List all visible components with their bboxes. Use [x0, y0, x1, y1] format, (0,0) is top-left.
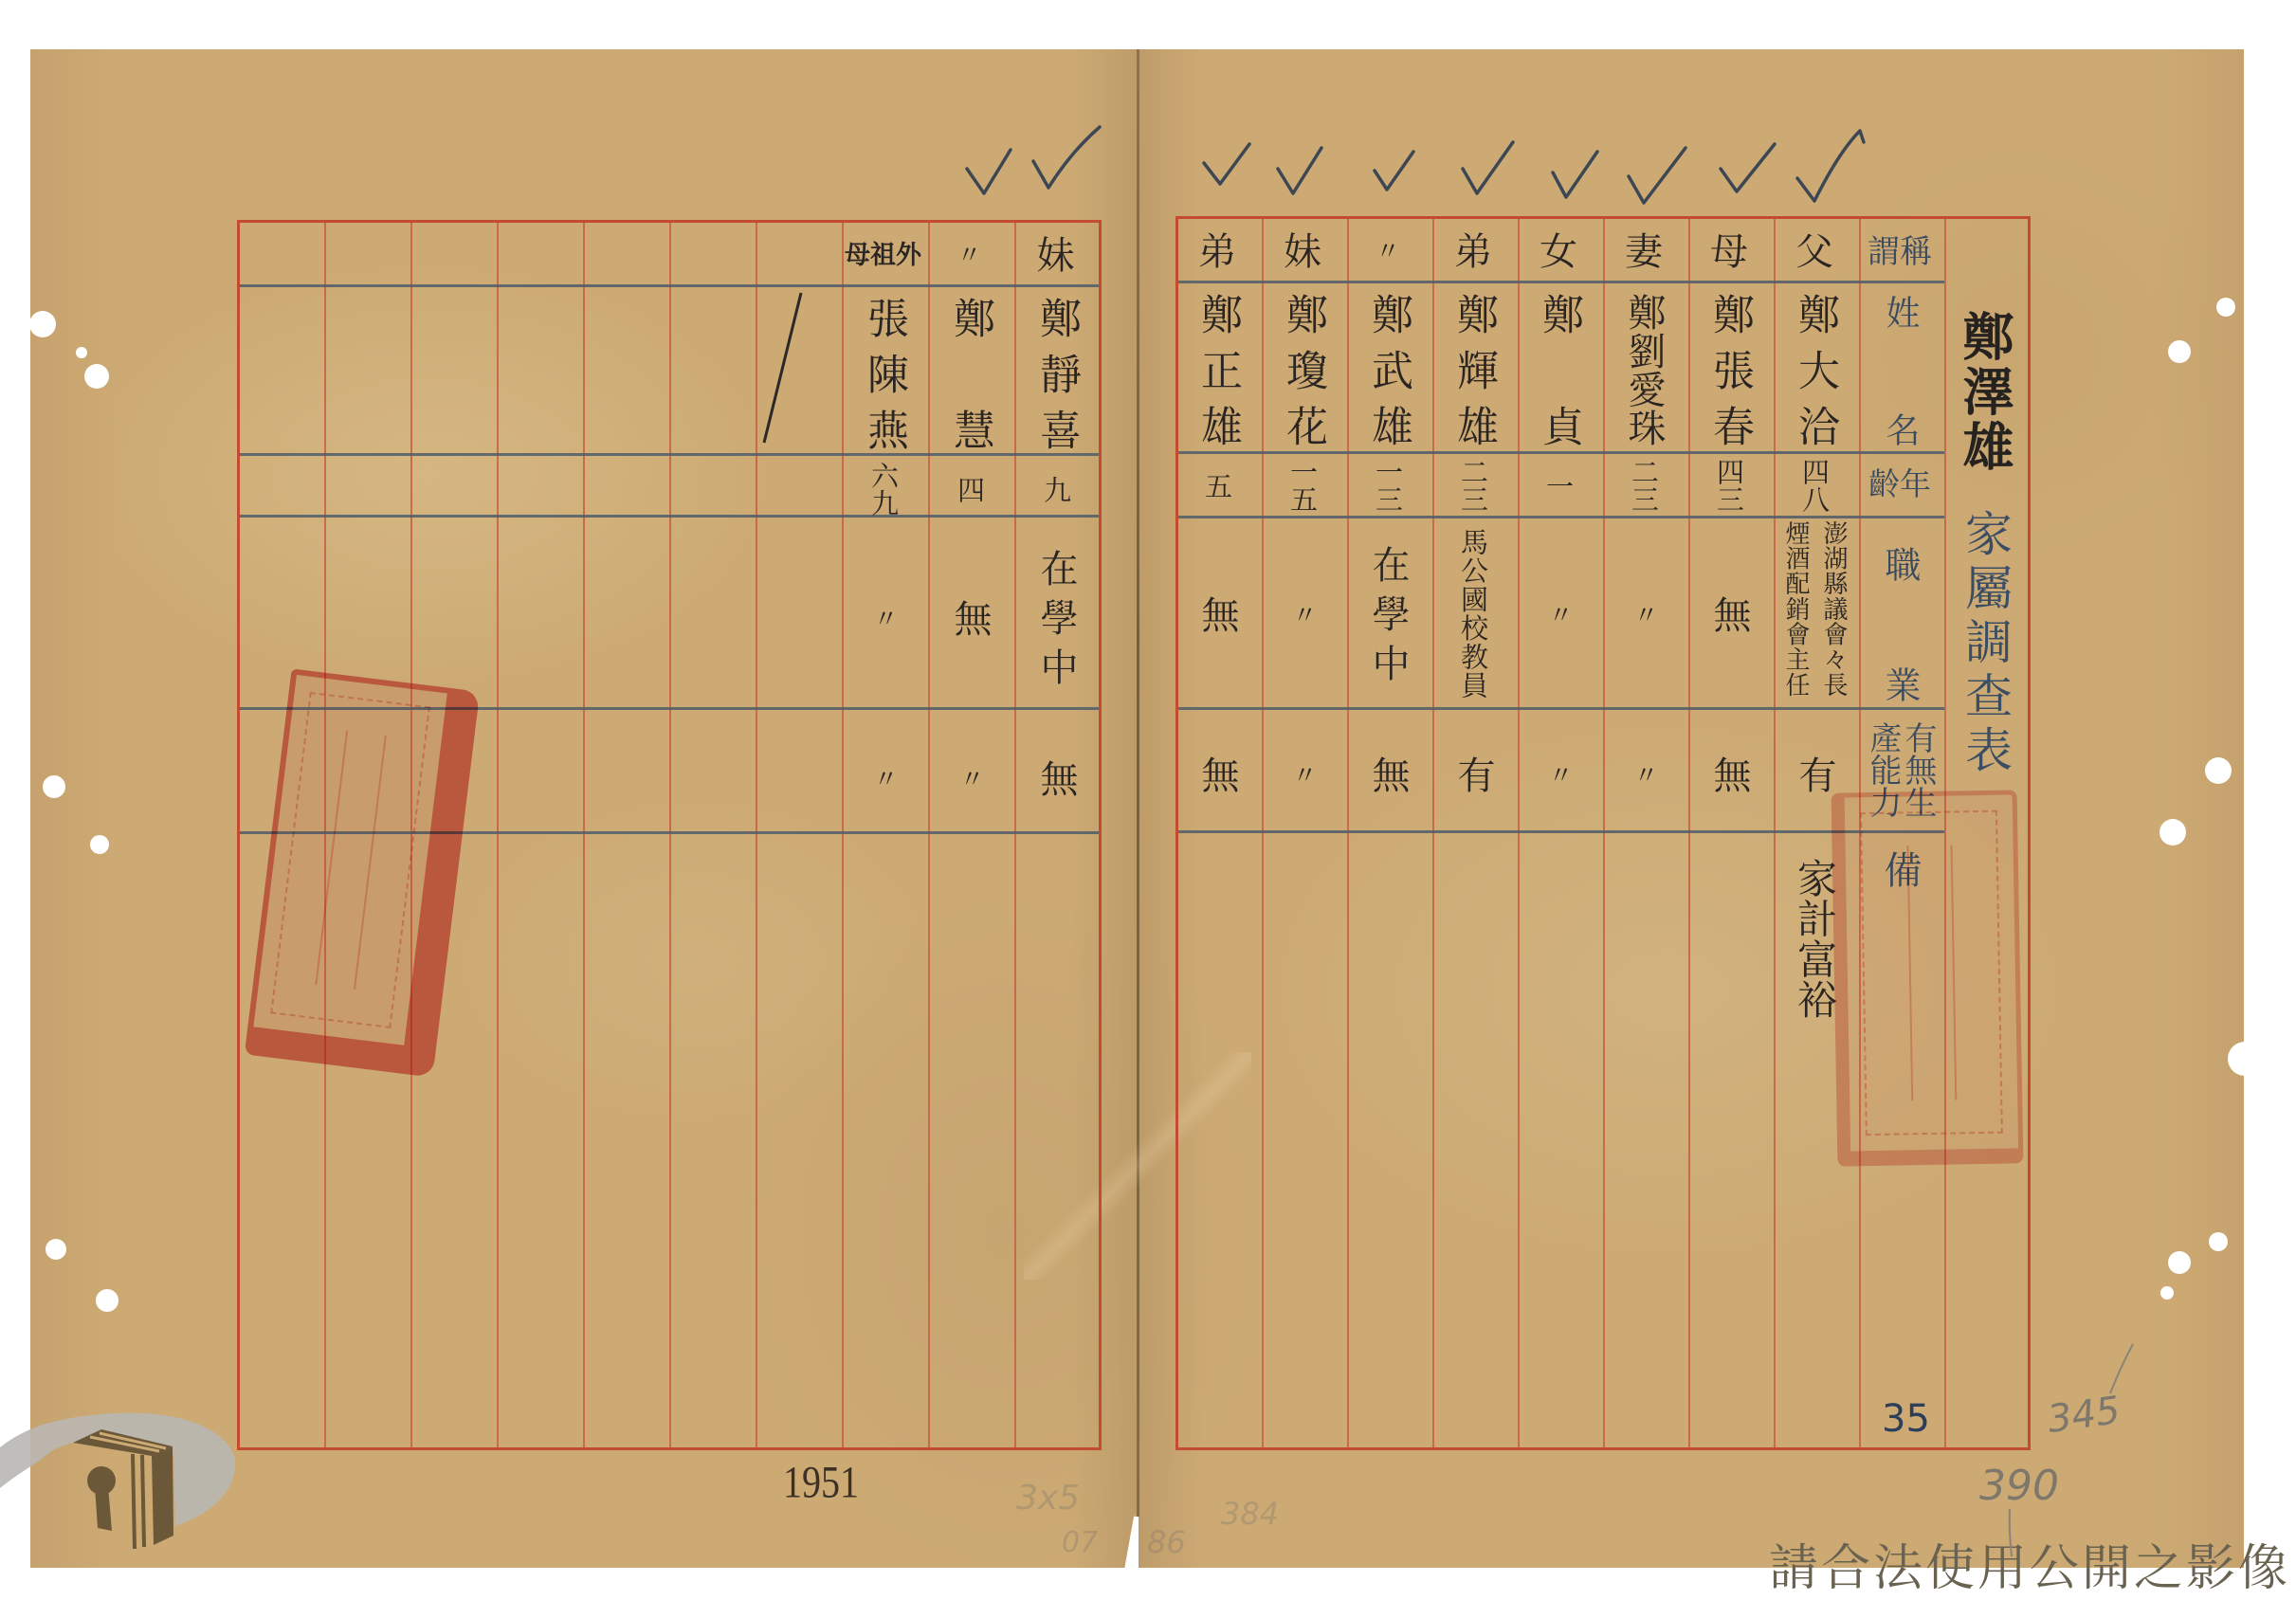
relation-cell: 父: [1772, 225, 1857, 280]
header-relation: 稱謂: [1857, 225, 1942, 280]
relation-cell: 妹: [1260, 225, 1345, 280]
pencil-mark: 86: [1147, 1524, 1186, 1560]
occupation-cell: 在學中: [1012, 528, 1099, 708]
name-cell: 鄭大洽: [1772, 293, 1857, 446]
member-column-younger-sister: 妹 鄭靜喜 九 在學中 無: [1012, 223, 1099, 1447]
header-occupation: 職業: [1857, 546, 1942, 702]
relation-cell: 女: [1516, 225, 1601, 280]
productive-ability-cell: 〃: [926, 723, 1012, 833]
seal-glyphs: [1860, 810, 2003, 1136]
productive-ability-cell: 無: [1012, 723, 1099, 833]
header-name: 姓名: [1857, 295, 1942, 446]
member-column-younger-sister: 妹 鄭瓊花 一五 〃 〃: [1260, 219, 1345, 1447]
age-cell: 一三: [1345, 456, 1430, 515]
punch-hole: [46, 1239, 66, 1260]
occupation-cell: 無: [926, 528, 1012, 708]
member-column-younger-brother: 弟 鄭輝雄 二三 馬公國校教員 有: [1430, 219, 1516, 1447]
punch-hole: [76, 347, 87, 358]
occupation-cell: 無: [1686, 524, 1772, 704]
subject-name: 鄭澤雄: [1942, 310, 2028, 490]
seal-glyphs: [270, 692, 430, 1028]
occupation-cell: 〃: [1516, 524, 1601, 704]
age-cell: 一: [1516, 456, 1601, 515]
occupation-cell: 〃: [840, 528, 926, 708]
member-column-daughter: 女 鄭貞 一 〃 〃: [1516, 219, 1601, 1447]
member-column-younger-brother-2: 〃 鄭武雄 一三 在學中 無: [1345, 219, 1430, 1447]
name-cell: 鄭輝雄: [1430, 293, 1516, 446]
archive-logo-icon: [0, 1384, 246, 1600]
usage-notice-watermark: 請合法使用公開之影像: [1769, 1528, 2290, 1599]
punch-hole: [2159, 819, 2186, 845]
productive-ability-cell: 〃: [1601, 719, 1686, 829]
name-cell: 鄭張春: [1686, 293, 1772, 446]
punch-hole: [2160, 1286, 2174, 1300]
punch-hole: [2168, 1251, 2191, 1274]
relation-cell: 〃: [926, 228, 1012, 283]
age-cell: 二三: [1430, 456, 1516, 515]
member-column-mother: 母 鄭張春 四三 無 無: [1686, 219, 1772, 1447]
member-column-maternal-grandmother: 外祖母 張陳燕 六九 〃 〃: [840, 223, 926, 1447]
form-title: 家屬調查表: [1942, 509, 2028, 793]
productive-ability-cell: 無: [1686, 719, 1772, 829]
name-cell: 鄭瓊花: [1260, 293, 1345, 446]
occupation-cell: 在學中: [1345, 524, 1430, 704]
pencil-mark: 07: [1062, 1526, 1098, 1559]
occupation-cell: 澎湖縣議會々長 煙酒配銷會主任: [1772, 520, 1857, 697]
age-cell: 四八: [1772, 456, 1857, 515]
relation-cell: 外祖母: [840, 228, 926, 283]
red-seal-stamp-right: [1831, 790, 2024, 1166]
member-column-younger-brother-3: 弟 鄭正雄 五 無 無: [1175, 219, 1260, 1447]
relation-cell: 母: [1686, 225, 1772, 280]
pencil-mark: 3x5: [1016, 1479, 1080, 1518]
pencil-mark: 384: [1221, 1496, 1279, 1532]
occupation-cell: 無: [1175, 524, 1260, 704]
name-cell: 鄭貞: [1516, 293, 1601, 446]
name-cell: 張陳燕: [840, 297, 926, 450]
relation-cell: 弟: [1430, 225, 1516, 280]
name-cell: 鄭劉愛珠: [1601, 293, 1686, 446]
logo-swoosh-icon: [0, 1413, 235, 1526]
occupation-cell: 馬公國校教員: [1430, 528, 1516, 699]
productive-ability-cell: 〃: [1516, 719, 1601, 829]
center-fold: [1137, 49, 1139, 1517]
punch-hole: [84, 364, 109, 389]
relation-cell: 〃: [1345, 225, 1430, 280]
punch-hole: [29, 311, 56, 337]
productive-ability-cell: 〃: [1260, 719, 1345, 829]
punch-hole: [2205, 757, 2232, 784]
productive-ability-cell: 〃: [840, 723, 926, 833]
punch-hole: [96, 1289, 118, 1312]
occupation-line-1: 澎湖縣議會々長: [1814, 520, 1852, 697]
occupation-cell: 〃: [1601, 524, 1686, 704]
occupation-line-2: 煙酒配銷會主任: [1777, 520, 1814, 697]
edge-tear: [2228, 1042, 2262, 1076]
relation-cell: 弟: [1175, 225, 1260, 280]
age-cell: 四: [926, 460, 1012, 518]
punch-hole: [90, 835, 109, 854]
punch-hole: [2168, 340, 2191, 363]
member-column-wife: 妻 鄭劉愛珠 二三 〃 〃: [1601, 219, 1686, 1447]
footer-year: 1951: [783, 1455, 859, 1508]
age-cell: 四三: [1686, 456, 1772, 515]
productive-ability-cell: 無: [1345, 719, 1430, 829]
relation-cell: 妹: [1012, 228, 1099, 283]
name-cell: 鄭武雄: [1345, 293, 1430, 446]
productive-ability-cell: 有: [1430, 719, 1516, 829]
name-cell: 鄭慧: [926, 297, 1012, 450]
header-age: 年齡: [1857, 456, 1942, 513]
age-cell: 六九: [840, 460, 926, 518]
age-cell: 一五: [1260, 456, 1345, 515]
age-cell: 二三: [1601, 456, 1686, 515]
age-cell: 五: [1175, 456, 1260, 515]
name-cell: 鄭靜喜: [1012, 297, 1099, 450]
punch-hole: [2209, 1232, 2228, 1251]
occupation-cell: 〃: [1260, 524, 1345, 704]
relation-cell: 妻: [1601, 225, 1686, 280]
productive-ability-cell: 無: [1175, 719, 1260, 829]
ink-page-count: 35: [1882, 1397, 1930, 1441]
age-cell: 九: [1012, 460, 1099, 518]
name-cell: 鄭正雄: [1175, 293, 1260, 446]
member-column-younger-sister-2: 〃 鄭慧 四 無 〃: [926, 223, 1012, 1447]
punch-hole: [43, 775, 65, 798]
punch-hole: [2216, 298, 2235, 317]
pencil-page-number-2: 390: [1979, 1462, 2059, 1510]
